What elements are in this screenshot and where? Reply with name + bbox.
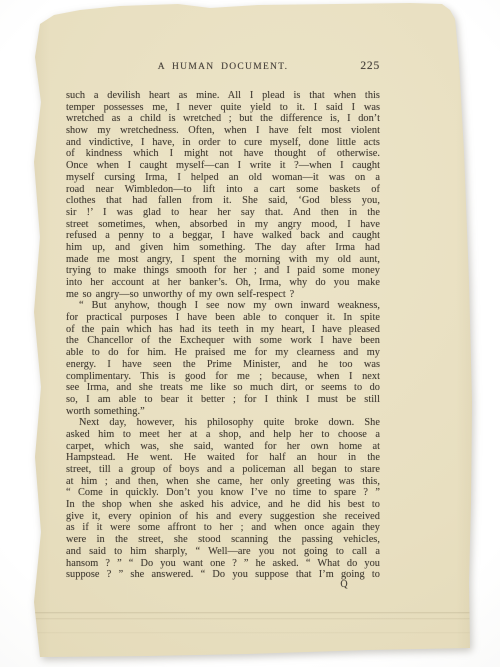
signature-mark: Q [334,579,354,590]
body-line: show my wretchedness. Often, when I have… [66,125,380,137]
page-number: 225 [360,60,380,72]
body-line: suppose ? ” she answered. “ Do you suppo… [66,569,380,581]
body-line: were in the street, she stood scanning t… [66,534,380,546]
body-line: clothes that had fallen from it. She sai… [66,195,380,207]
body-line: such a devilish heart as mine. All I ple… [66,90,380,102]
page-header: A HUMAN DOCUMENT. 225 [66,62,380,78]
body-line: street sometimes, when, absorbed in my a… [66,219,380,231]
body-line: at him ; and then, when she came, her on… [66,476,380,488]
body-line: complimentary. This is good for me ; bec… [66,371,380,383]
body-line: worth something.” [66,406,380,418]
body-line: him up, and given him something. The day… [66,242,380,254]
running-title: A HUMAN DOCUMENT. [66,62,380,72]
body-line: “ Come in quickly. Don’t you know I’ve n… [66,487,380,499]
body-line: for practical purposes I have been able … [66,312,380,324]
body-line: into her account at her banker’s. Oh, Ir… [66,277,380,289]
body-line: and vindictive, I have, in order to cure… [66,137,380,149]
body-line: give it, every opinion of his and every … [66,511,380,523]
paper-crease [28,618,474,620]
body-line: as if it were some affront to her ; and … [66,522,380,534]
body-line: street, till a group of boys and a polic… [66,464,380,476]
body-line: see Irma, and she treats me like so much… [66,382,380,394]
body-line: temper possesses me, I never quite yield… [66,102,380,114]
body-line: sir !’ I was glad to hear her say that. … [66,207,380,219]
body-line: and said to him sharply, “ Well—are you … [66,546,380,558]
body-line: of kindness which I might not have thoug… [66,148,380,160]
page-paper: A HUMAN DOCUMENT. 225 such a devilish he… [28,2,474,658]
body-line: carpet, which was, she said, wanted for … [66,441,380,453]
body-line: asked him to meet her at a shop, and hel… [66,429,380,441]
body-line: refused a penny to a beggar, I have walk… [66,230,380,242]
body-line: Hampstead. He went. He waited for half a… [66,452,380,464]
body-line: me so angry—so unworthy of my own self-r… [66,289,380,301]
body-line: of the pain which has had its teeth in m… [66,324,380,336]
body-line: Next day, however, his philosophy quite … [66,417,380,429]
body-line: “ But anyhow, though I see now my own in… [66,300,380,312]
book-page: A HUMAN DOCUMENT. 225 such a devilish he… [28,2,474,658]
body-line: Once when I caught myself—can I write it… [66,160,380,172]
body-line: energy. I have seen the Prime Minister, … [66,359,380,371]
paper-crease [28,632,474,634]
paper-crease [28,612,474,614]
body-line: hansom ? ” “ Do you want one ? ” he aske… [66,558,380,570]
body-line: the Chancellor of the Exchequer with som… [66,335,380,347]
body-line: made me most angry, I spent the morning … [66,254,380,266]
body-line: able to do for him. He praised me for my… [66,347,380,359]
body-line: road near Wimbledon—to lift into a cart … [66,184,380,196]
body-line: so, I am able to bear it better ; for I … [66,394,380,406]
body-text: such a devilish heart as mine. All I ple… [66,90,380,581]
body-line: myself cursing Irma, I helped an old wom… [66,172,380,184]
body-line: wretched as a child is wretched ; but th… [66,113,380,125]
body-line: trying to make things smooth for her ; a… [66,265,380,277]
body-line: In the shop when she asked his advice, a… [66,499,380,511]
photo-background: A HUMAN DOCUMENT. 225 such a devilish he… [0,0,500,667]
